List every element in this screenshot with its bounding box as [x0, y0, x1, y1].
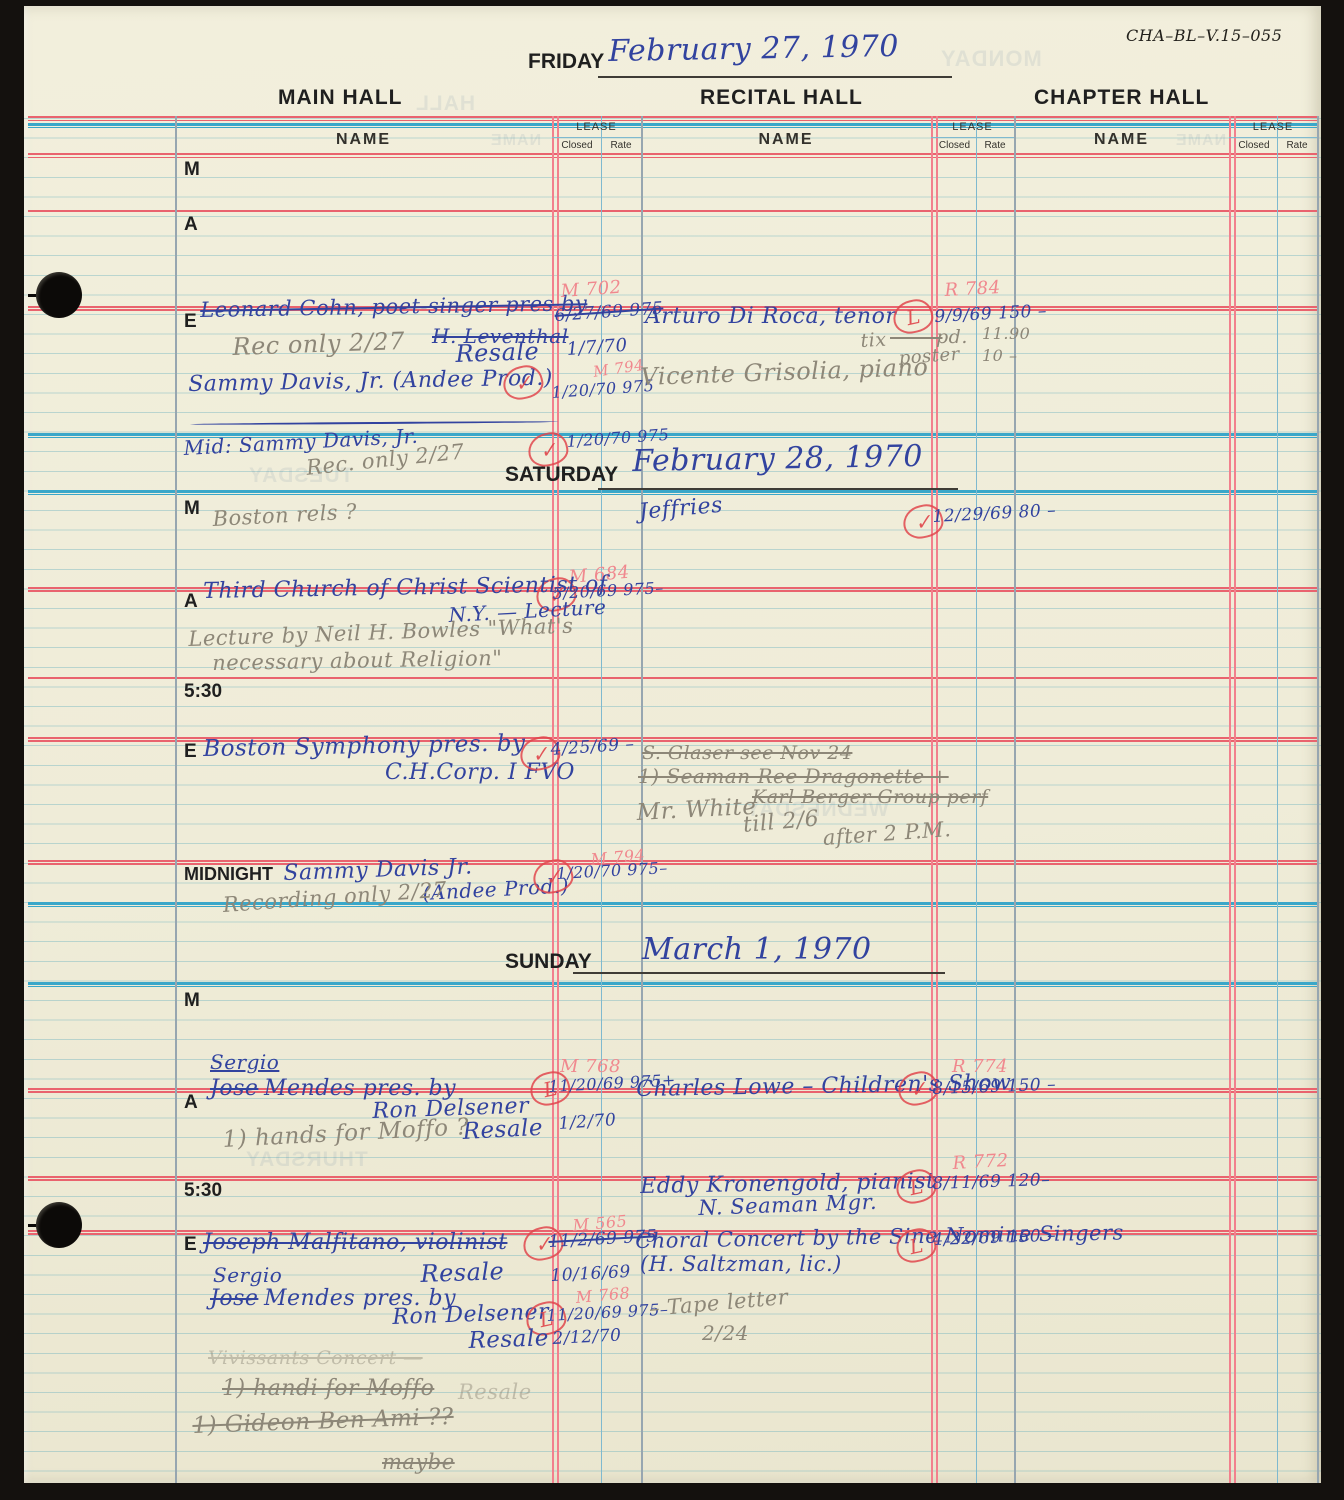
grid-line-v [175, 116, 177, 1483]
handwritten-note: tix [860, 329, 887, 352]
time-label-sunday-530: 5:30 [184, 1180, 222, 1202]
grid-line-h [28, 210, 1318, 212]
column-header-rate-recital: Rate [976, 140, 1014, 151]
date-saturday: February 28, 1970 [632, 439, 923, 479]
grid-line-v [1317, 116, 1319, 1483]
handwritten-note: 1) Seaman Ree Dragonette + [638, 764, 949, 788]
column-header-name-chapter: NAME [1014, 131, 1229, 149]
handwritten-note: 10/16/69 [550, 1262, 631, 1286]
time-label-sunday-e: E [184, 1234, 197, 1256]
grid-line-h [28, 123, 1318, 126]
time-label-sunday-a: A [184, 1092, 198, 1114]
handwritten-note: Resale [468, 1325, 549, 1354]
handwritten-note: R 774 [952, 1056, 1008, 1077]
handwritten-note: 10 – [982, 346, 1017, 365]
time-label-saturday-a: A [184, 591, 198, 613]
column-header-closed-main: Closed [554, 140, 600, 151]
date-friday: February 27, 1970 [608, 29, 899, 69]
grid-line-h [28, 494, 1318, 495]
grid-line-v [1277, 116, 1278, 1483]
lease-box-divider [1229, 137, 1317, 138]
grid-line-h [28, 157, 1318, 159]
grid-line-h [28, 982, 1318, 985]
date-underline [598, 76, 952, 78]
day-label-saturday: SATURDAY [505, 463, 618, 487]
punch-hole [36, 1202, 82, 1248]
column-header-lease-main: LEASE [552, 121, 641, 133]
handwritten-note: 1/7/70 [566, 335, 628, 360]
grid-line-h [28, 902, 1318, 905]
handwritten-note: 1/2/70 [558, 1110, 617, 1134]
handwritten-note: S. Glaser see Nov 24 [642, 742, 852, 764]
handwritten-note: 1) handi for Moffo [222, 1376, 434, 1401]
ghost-text: THURSDAY [245, 1148, 368, 1172]
column-header-rate-chapter: Rate [1277, 140, 1317, 151]
punch-hole [36, 272, 82, 318]
column-header-closed-chapter: Closed [1231, 140, 1277, 151]
column-header-name-main: NAME [175, 131, 552, 149]
corner-reference-label: CHA–BL–V.15–055 [1126, 26, 1282, 45]
column-header-closed-recital: Closed [933, 140, 976, 151]
handwritten-note: R 784 [944, 277, 1001, 301]
handwritten-note: 8/11/69 120– [932, 1170, 1051, 1194]
time-label-sunday-m: M [184, 990, 200, 1012]
handwritten-note: Sergio [210, 1050, 279, 1074]
time-label-friday-m: M [184, 159, 200, 181]
date-sunday: March 1, 1970 [642, 932, 872, 967]
date-underline [573, 972, 945, 974]
time-label-saturday-530: 5:30 [184, 681, 222, 703]
handwritten-note: 2/24 [702, 1321, 749, 1345]
ghost-text: HALL [415, 92, 475, 116]
handwritten-note: Karl Berger Group perf [752, 786, 988, 808]
handwritten-note: Resale [462, 1115, 544, 1145]
hall-title-recital: RECITAL HALL [700, 86, 863, 110]
column-header-lease-recital: LEASE [931, 121, 1014, 133]
handwritten-note: maybe [382, 1450, 455, 1474]
day-label-friday: FRIDAY [528, 50, 604, 74]
handwritten-note: (H. Saltzman, lic.) [640, 1252, 842, 1276]
grid-line-h [28, 127, 1318, 128]
time-label-friday-a: A [184, 214, 198, 236]
grid-line-h [28, 860, 1318, 862]
ghost-text: MONDAY [940, 46, 1042, 72]
handwritten-note: R 772 [952, 1150, 1009, 1174]
time-label-saturday-e: E [184, 741, 197, 763]
day-label-sunday: SUNDAY [505, 950, 592, 974]
lease-box-divider [552, 137, 641, 138]
column-header-rate-main: Rate [601, 140, 641, 151]
note-arturo-di-roca: Arturo Di Roca, tenor [645, 304, 896, 329]
handwritten-note: M 702 [560, 277, 622, 302]
handwritten-note: Resale [420, 1257, 505, 1288]
grid-line-h [28, 153, 1318, 155]
handwritten-note: Sergio [213, 1263, 282, 1287]
handwritten-note: Jose [210, 1076, 258, 1101]
grid-line-h [28, 120, 1318, 122]
grid-line-h [28, 986, 1318, 987]
handwritten-note: Resale [455, 337, 540, 368]
handwritten-note: Vivissants Concert — [208, 1347, 423, 1369]
grid-line-h [28, 677, 1318, 679]
column-header-name-recital: NAME [641, 131, 931, 149]
handwritten-note: 11.90 [982, 324, 1030, 343]
hall-title-chapter: CHAPTER HALL [1034, 86, 1209, 110]
time-label-saturday-m: M [184, 498, 200, 520]
time-label-friday-e: E [184, 311, 197, 333]
handwritten-note: necessary about Religion" [212, 646, 503, 675]
time-label-saturday-midnight: MIDNIGHT [184, 864, 273, 885]
column-header-lease-chapter: LEASE [1229, 121, 1317, 133]
handwritten-note: Resale [458, 1380, 532, 1404]
grid-line-h [28, 906, 1318, 907]
grid-line-v [1229, 116, 1231, 1483]
grid-line-v [1234, 116, 1236, 1483]
lease-box-divider [931, 137, 1014, 138]
note-joseph-malfitano: Joseph Malfitano, violinist [203, 1230, 507, 1255]
date-underline [598, 488, 958, 490]
hall-title-main: MAIN HALL [278, 86, 402, 110]
grid-line-h [28, 490, 1318, 493]
handwritten-note: 2/12/70 [552, 1325, 622, 1349]
ledger-page: MONDAYHALLNAMENAMETUESDAYWEDNESDAYTHURSD… [0, 0, 1344, 1500]
grid-line-h [28, 116, 1318, 118]
handwritten-note: Jose [210, 1286, 258, 1311]
